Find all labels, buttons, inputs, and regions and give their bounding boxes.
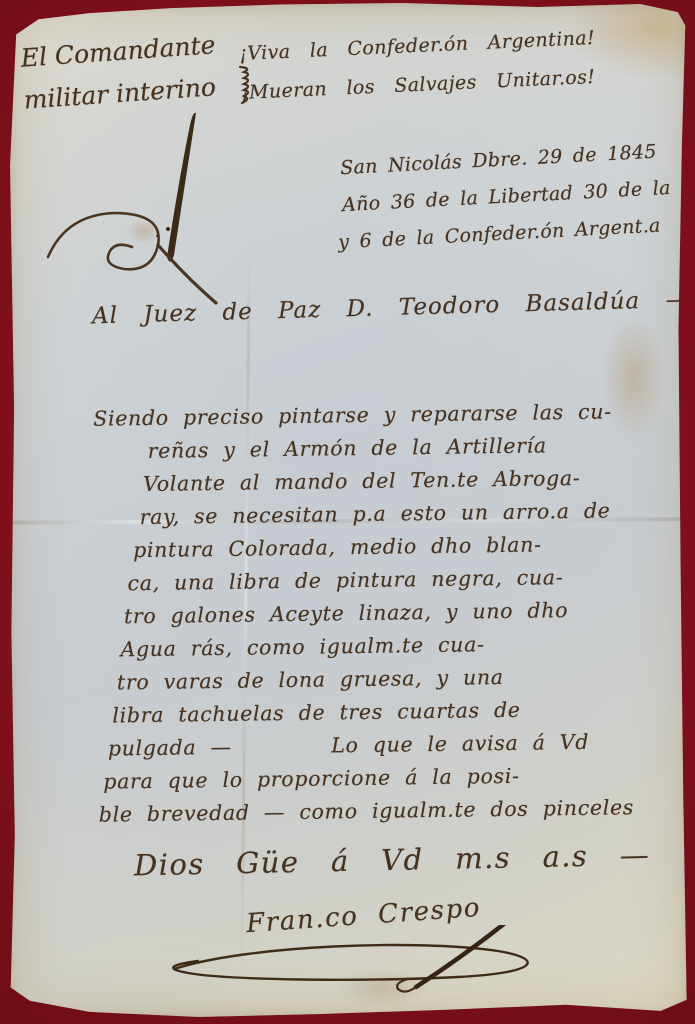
ink-speck xyxy=(170,240,173,243)
valediction: Dios Güe á Vd m.s a.s — xyxy=(134,838,651,883)
ink-speck xyxy=(156,235,158,237)
manuscript-paper: El Comandante militar interino ¡Viva la … xyxy=(8,3,688,1018)
letter-body: Siendo preciso pintarse y repararse las … xyxy=(57,395,663,832)
federalist-slogan: ¡Viva la Confeder.ón Argentina! ¡Mueran … xyxy=(238,15,681,113)
signature-rubric-icon xyxy=(158,925,578,1000)
ink-speck xyxy=(166,227,170,231)
dateline: San Nicolás Dbre. 29 de 1845 Año 36 de l… xyxy=(339,132,694,261)
ink-flourish-icon xyxy=(36,107,266,312)
body-line: ble brevedad — como igualm.te dos pincel… xyxy=(99,791,663,832)
manuscript-photo: El Comandante militar interino ¡Viva la … xyxy=(0,0,695,1024)
